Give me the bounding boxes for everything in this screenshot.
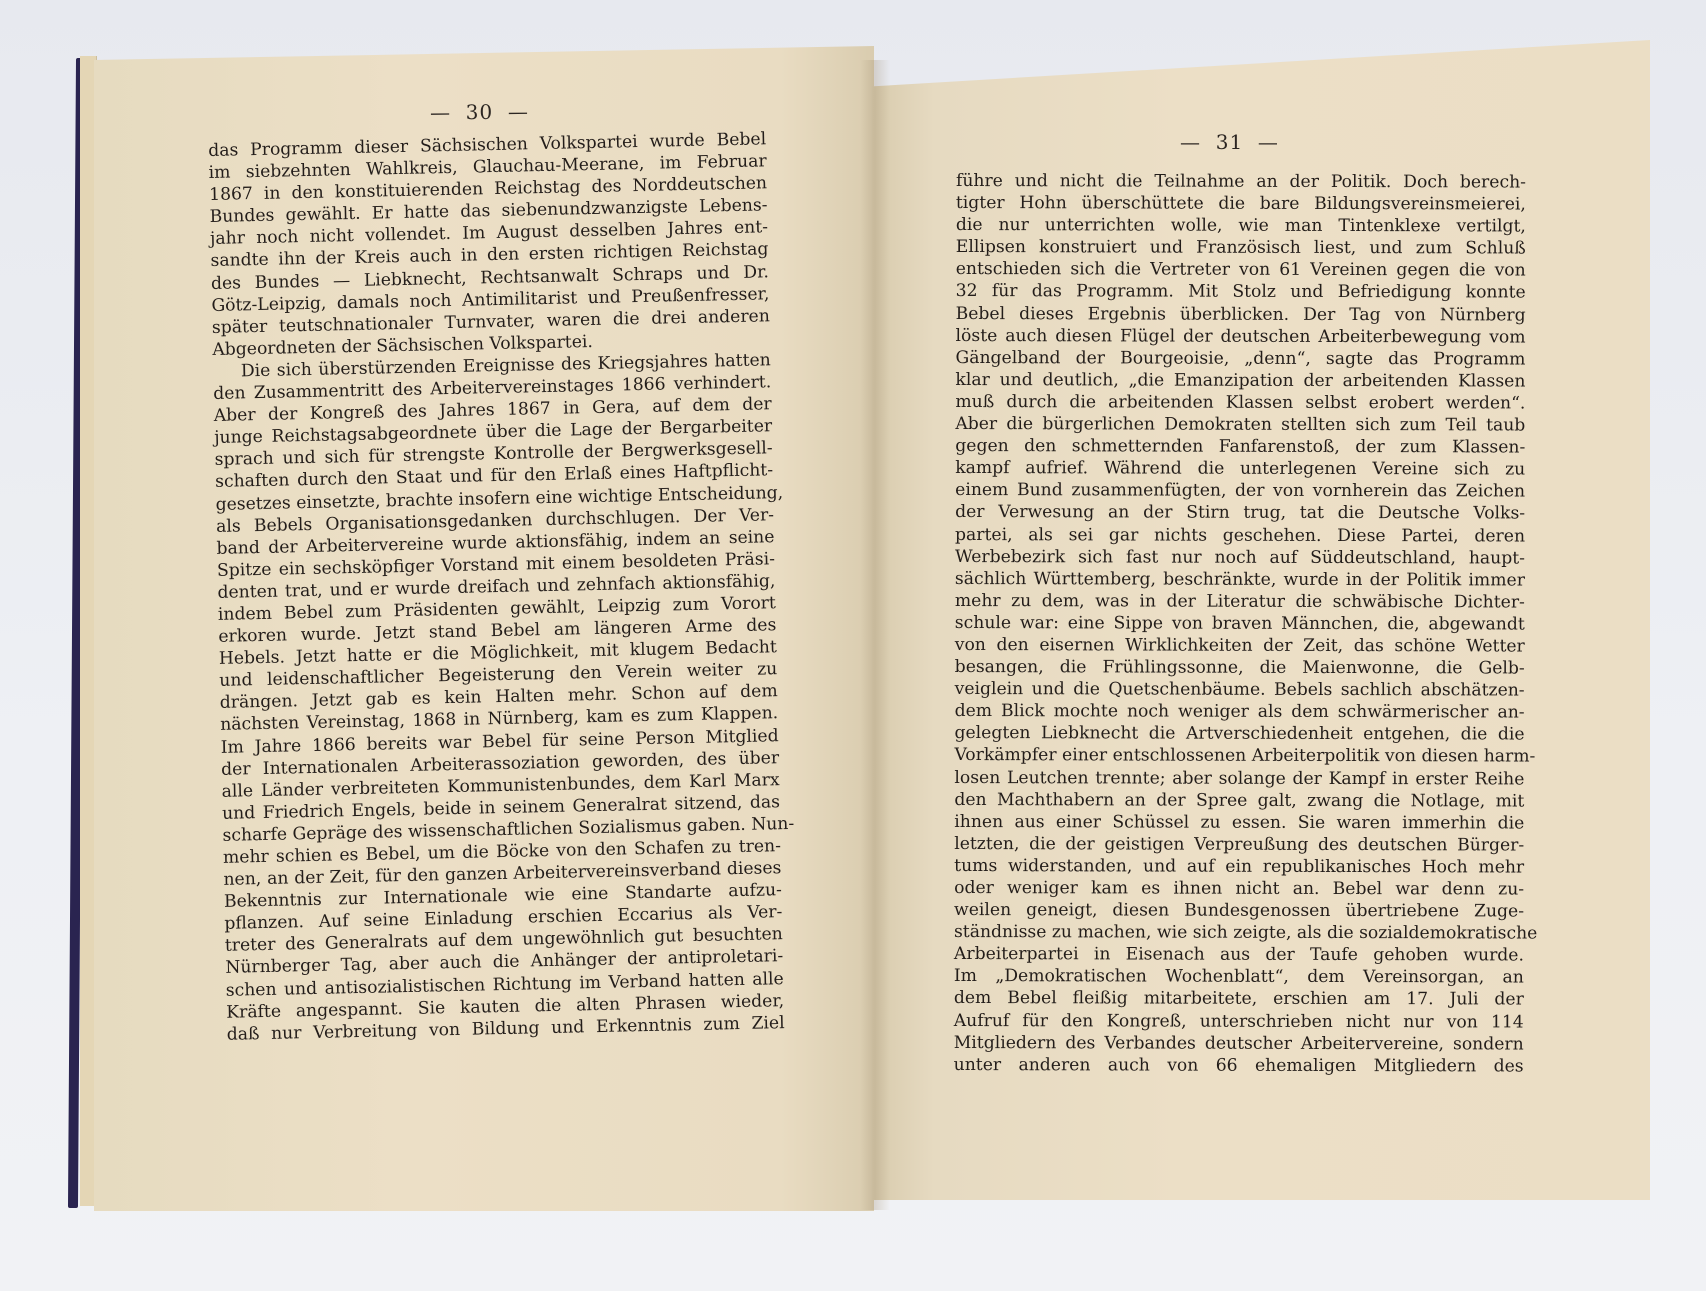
text-line: Mitgliedern des Verbandes deutscher Arbe…: [954, 1032, 1524, 1056]
text-line: mehr zu dem, was in der Literatur die sc…: [955, 590, 1525, 614]
text-line: entschieden sich die Vertreter von 61 Ve…: [956, 258, 1526, 282]
page-number-left: — 30 —: [430, 99, 529, 124]
text-line: gegen den schmetternden Fanfarenstoß, de…: [955, 435, 1525, 459]
text-line: von den eisernen Wirklichkeiten der Zeit…: [955, 634, 1525, 658]
text-line: den Machthabern an der Spree galt, zwang…: [954, 789, 1524, 813]
text-line: Werbebezirk sich fast nur noch auf Südde…: [955, 546, 1525, 570]
text-line: ständnisse zu machen, wie sich zeigte, a…: [954, 921, 1524, 945]
text-line: muß durch die arbeitenden Klassen selbst…: [955, 391, 1525, 415]
text-line: klar und deutlich, „die Emanzipation der…: [955, 369, 1525, 393]
text-line: 32 für das Programm. Mit Stolz und Befri…: [956, 280, 1526, 304]
text-line: löste auch diesen Flügel der deutschen A…: [956, 325, 1526, 349]
text-line: kampf aufrief. Während die unterlegenen …: [955, 457, 1525, 481]
text-line: Aber die bürgerlichen Demokraten stellte…: [955, 413, 1525, 437]
text-line: oder weniger kam es ihnen nicht an. Bebe…: [954, 877, 1524, 901]
text-line: Aufruf für den Kongreß, unterschrieben n…: [954, 1010, 1524, 1034]
text-line: dem Bebel fleißig mitarbeitete, erschien…: [954, 987, 1524, 1011]
text-line: unter anderen auch von 66 ehemaligen Mit…: [954, 1054, 1524, 1078]
book-gutter: [860, 60, 890, 1210]
text-line: der Verwesung an der Stirn trug, tat die…: [955, 501, 1525, 525]
text-line: sächlich Württemberg, beschränkte, wurde…: [955, 568, 1525, 592]
text-line: Arbeiterpartei in Eisenach aus der Taufe…: [954, 943, 1524, 967]
text-line: dem Blick mochte noch weniger als dem sc…: [955, 700, 1525, 724]
text-line: ihnen aus einer Schüssel zu essen. Sie w…: [954, 811, 1524, 835]
text-line: Bebel dieses Ergebnis überblicken. Der T…: [956, 303, 1526, 327]
text-line: Gängelband der Bourgeoisie, „denn“, sagt…: [955, 347, 1525, 371]
text-line: gelegten Liebknecht die Artverschiedenhe…: [954, 722, 1524, 746]
text-line: letzten, die der geistigen Verpreußung d…: [954, 833, 1524, 857]
text-line: schule war: eine Sippe von braven Männch…: [955, 612, 1525, 636]
text-line: die nur unterrichten wolle, wie man Tint…: [956, 214, 1526, 238]
text-line: weilen geneigt, diesen Bundesgenossen üb…: [954, 899, 1524, 923]
left-page-text: das Programm dieser Sächsischen Volkspar…: [208, 128, 785, 1045]
text-line: partei, als sei gar nichts geschehen. Di…: [955, 523, 1525, 547]
text-line: Ellipsen konstruiert und Französisch lie…: [956, 236, 1526, 260]
text-line: losen Leutchen trennte; aber solange der…: [954, 767, 1524, 791]
right-page-text: führe und nicht die Teilnahme an der Pol…: [954, 170, 1526, 1077]
text-line: einem Bund zusammenfügten, der von vornh…: [955, 479, 1525, 503]
text-line: tigter Hohn überschüttete die bare Bildu…: [956, 192, 1526, 216]
text-line: führe und nicht die Teilnahme an der Pol…: [956, 170, 1526, 194]
text-line: Vorkämpfer einer entschlossenen Arbeiter…: [954, 744, 1524, 768]
text-line: besangen, die Frühlingssonne, die Maienw…: [955, 656, 1525, 680]
text-line: veiglein und die Quetschenbäume. Bebels …: [955, 678, 1525, 702]
text-line: Im „Demokratischen Wochenblatt“, dem Ver…: [954, 965, 1524, 989]
text-line: tums widerstanden, und auf ein republika…: [954, 855, 1524, 879]
page-number-right: — 31 —: [1180, 130, 1279, 154]
